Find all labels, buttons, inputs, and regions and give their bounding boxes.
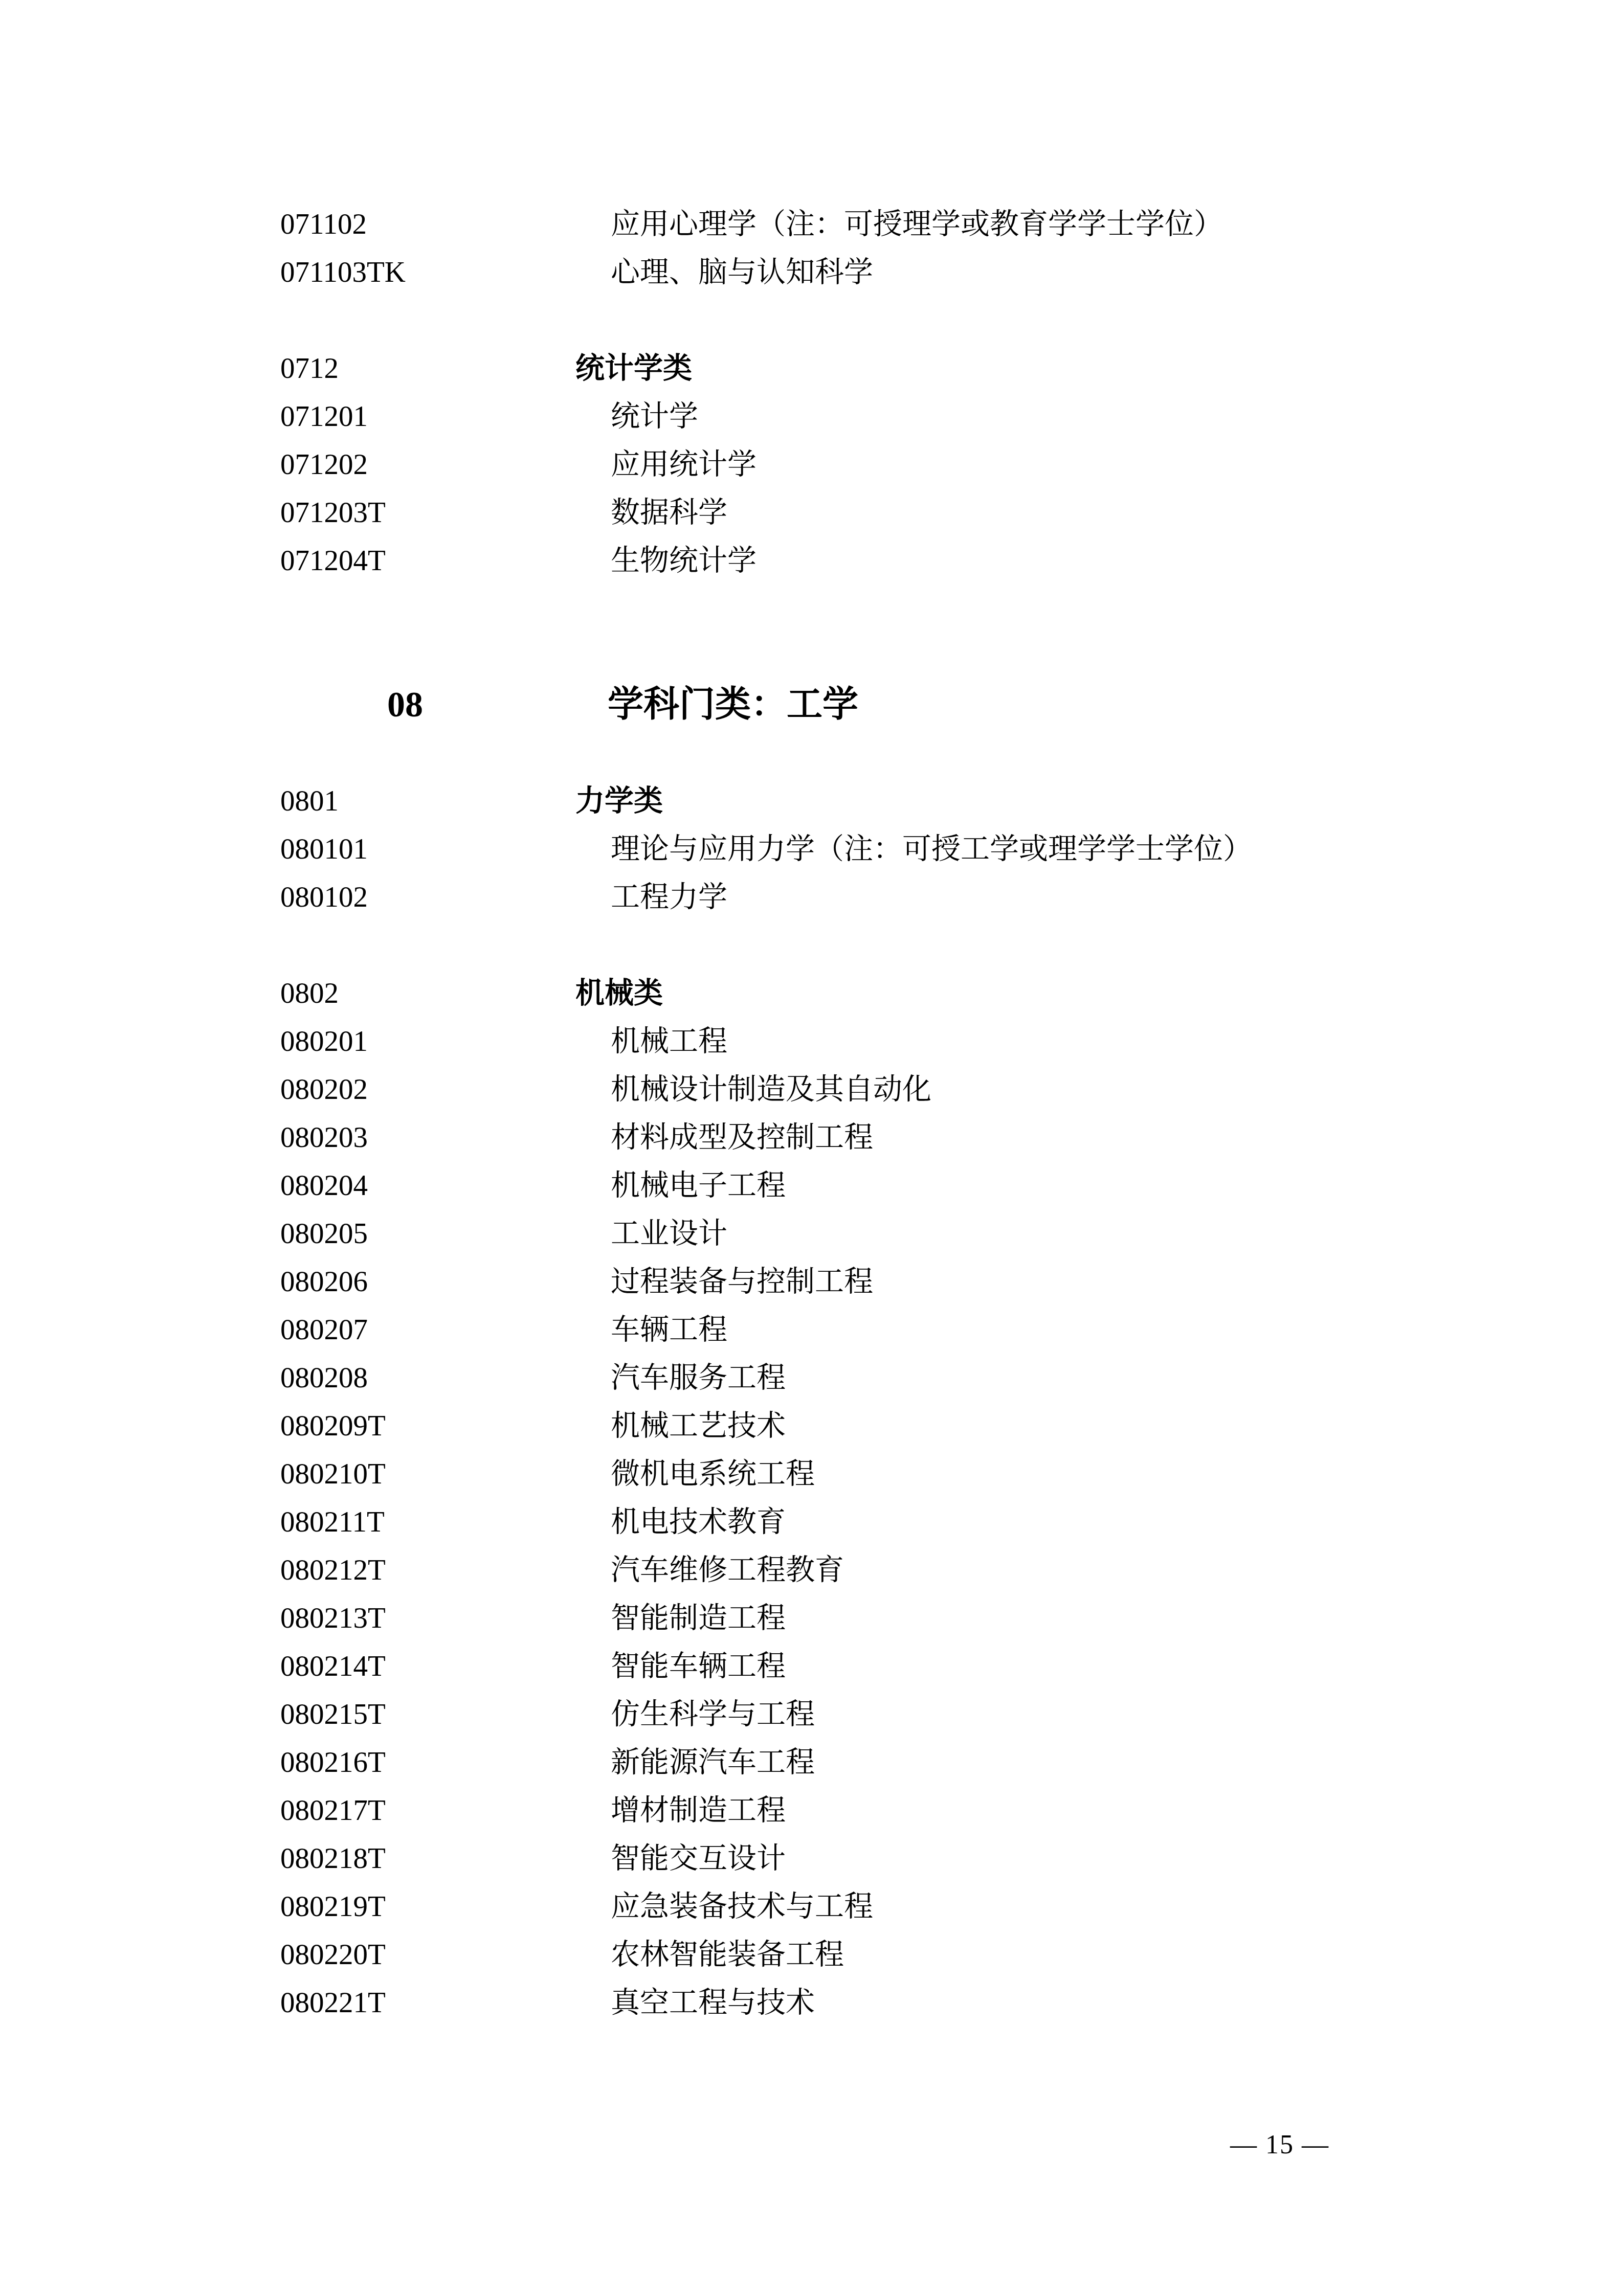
row-code: 080213T <box>280 1594 575 1642</box>
catalog-row: 0802机械类 <box>280 970 1252 1018</box>
catalog-row: 080203材料成型及控制工程 <box>280 1114 1252 1162</box>
catalog-row: 080219T应急装备技术与工程 <box>280 1883 1252 1931</box>
class-group: 0801力学类080101理论与应用力学（注：可授工学或理学学士学位）08010… <box>280 777 1252 921</box>
catalog-row: 080210T微机电系统工程 <box>280 1450 1252 1498</box>
catalog-row: 080201机械工程 <box>280 1018 1252 1066</box>
row-code: 080218T <box>280 1835 575 1883</box>
row-code: 080221T <box>280 1979 575 2027</box>
row-name: 应用统计学 <box>575 441 757 489</box>
row-code: 080101 <box>280 825 575 873</box>
catalog-row: 080221T真空工程与技术 <box>280 1979 1252 2027</box>
row-code: 080210T <box>280 1450 575 1498</box>
catalog-row: 080214T智能车辆工程 <box>280 1642 1252 1691</box>
row-name: 汽车维修工程教育 <box>575 1546 844 1594</box>
row-name: 新能源汽车工程 <box>575 1739 815 1787</box>
catalog-row: 080218T智能交互设计 <box>280 1835 1252 1883</box>
catalog-row: 080101理论与应用力学（注：可授工学或理学学士学位） <box>280 825 1252 873</box>
row-code: 080217T <box>280 1787 575 1835</box>
row-name: 数据科学 <box>575 489 727 537</box>
catalog-row: 080202机械设计制造及其自动化 <box>280 1066 1252 1114</box>
row-name: 智能交互设计 <box>575 1835 786 1883</box>
catalog-row: 080213T智能制造工程 <box>280 1594 1252 1642</box>
row-name: 真空工程与技术 <box>575 1979 815 2027</box>
row-name: 机械工艺技术 <box>575 1402 786 1450</box>
catalog-row: 080207车辆工程 <box>280 1306 1252 1354</box>
row-name: 统计学 <box>575 393 698 441</box>
row-name: 应急装备技术与工程 <box>575 1883 873 1931</box>
row-name: 理论与应用力学（注：可授工学或理学学士学位） <box>575 825 1252 873</box>
catalog-row: 080212T汽车维修工程教育 <box>280 1546 1252 1594</box>
row-name: 增材制造工程 <box>575 1787 786 1835</box>
row-code: 071103TK <box>280 249 575 297</box>
catalog-row: 080217T增材制造工程 <box>280 1787 1252 1835</box>
row-code: 080207 <box>280 1306 575 1354</box>
page-number: — 15 — <box>1230 2130 1329 2159</box>
catalog-row: 080204机械电子工程 <box>280 1162 1252 1210</box>
catalog-row: 080211T机电技术教育 <box>280 1498 1252 1546</box>
row-name: 工业设计 <box>575 1210 727 1258</box>
row-code: 080205 <box>280 1210 575 1258</box>
discipline-catalog: 071102应用心理学（注：可授理学或教育学学士学位）071103TK心理、脑与… <box>280 200 1252 2027</box>
row-code: 080204 <box>280 1162 575 1210</box>
row-name: 智能车辆工程 <box>575 1642 786 1691</box>
row-code: 080215T <box>280 1691 575 1739</box>
row-name: 过程装备与控制工程 <box>575 1258 873 1306</box>
catalog-row: 080205工业设计 <box>280 1210 1252 1258</box>
row-code: 080209T <box>280 1402 575 1450</box>
catalog-row: 08学科门类：工学 <box>280 681 1252 729</box>
catalog-row: 0712统计学类 <box>280 345 1252 393</box>
row-code: 080216T <box>280 1739 575 1787</box>
document-page: 071102应用心理学（注：可授理学或教育学学士学位）071103TK心理、脑与… <box>0 0 1624 2296</box>
row-code: 071202 <box>280 441 575 489</box>
row-code: 080208 <box>280 1354 575 1402</box>
row-name: 机械电子工程 <box>575 1162 786 1210</box>
catalog-row: 071204T生物统计学 <box>280 537 1252 585</box>
row-name: 机械类 <box>575 970 663 1018</box>
row-name: 统计学类 <box>575 345 692 393</box>
catalog-row: 071203T数据科学 <box>280 489 1252 537</box>
row-code: 080219T <box>280 1883 575 1931</box>
row-name: 车辆工程 <box>575 1306 727 1354</box>
catalog-row: 071201统计学 <box>280 393 1252 441</box>
row-name: 仿生科学与工程 <box>575 1691 815 1739</box>
page-footer: — 15 — <box>1230 2125 1329 2166</box>
row-name: 农林智能装备工程 <box>575 1931 844 1979</box>
row-code: 080206 <box>280 1258 575 1306</box>
row-code: 071201 <box>280 393 575 441</box>
row-name: 机械工程 <box>575 1018 727 1066</box>
row-name: 汽车服务工程 <box>575 1354 786 1402</box>
row-code: 080102 <box>280 873 575 921</box>
row-name: 应用心理学（注：可授理学或教育学学士学位） <box>575 200 1223 249</box>
row-name: 力学类 <box>575 777 663 825</box>
row-name: 机电技术教育 <box>575 1498 786 1546</box>
catalog-row: 071103TK心理、脑与认知科学 <box>280 249 1252 297</box>
row-code: 080212T <box>280 1546 575 1594</box>
row-code: 080214T <box>280 1642 575 1691</box>
catalog-row: 080216T新能源汽车工程 <box>280 1739 1252 1787</box>
entries-group: 071102应用心理学（注：可授理学或教育学学士学位）071103TK心理、脑与… <box>280 200 1252 297</box>
catalog-row: 071202应用统计学 <box>280 441 1252 489</box>
row-code: 080211T <box>280 1498 575 1546</box>
row-name: 工程力学 <box>575 873 727 921</box>
catalog-row: 080206过程装备与控制工程 <box>280 1258 1252 1306</box>
catalog-row: 080102工程力学 <box>280 873 1252 921</box>
row-name: 智能制造工程 <box>575 1594 786 1642</box>
row-name: 材料成型及控制工程 <box>575 1114 873 1162</box>
row-name: 学科门类：工学 <box>575 681 858 729</box>
row-code: 080202 <box>280 1066 575 1114</box>
catalog-row: 071102应用心理学（注：可授理学或教育学学士学位） <box>280 200 1252 249</box>
catalog-row: 080208汽车服务工程 <box>280 1354 1252 1402</box>
division-group: 08学科门类：工学 <box>280 681 1252 729</box>
row-code: 08 <box>280 681 575 729</box>
class-group: 0802机械类080201机械工程080202机械设计制造及其自动化080203… <box>280 970 1252 2027</box>
catalog-row: 0801力学类 <box>280 777 1252 825</box>
catalog-row: 080209T机械工艺技术 <box>280 1402 1252 1450</box>
catalog-row: 080220T农林智能装备工程 <box>280 1931 1252 1979</box>
row-name: 生物统计学 <box>575 537 757 585</box>
row-code: 071102 <box>280 200 575 249</box>
row-code: 080203 <box>280 1114 575 1162</box>
class-group: 0712统计学类071201统计学071202应用统计学071203T数据科学0… <box>280 345 1252 585</box>
row-code: 0801 <box>280 777 575 825</box>
row-code: 071203T <box>280 489 575 537</box>
row-code: 080201 <box>280 1018 575 1066</box>
catalog-row: 080215T仿生科学与工程 <box>280 1691 1252 1739</box>
row-code: 071204T <box>280 537 575 585</box>
row-code: 0802 <box>280 970 575 1018</box>
row-code: 0712 <box>280 345 575 393</box>
row-name: 微机电系统工程 <box>575 1450 815 1498</box>
row-name: 机械设计制造及其自动化 <box>575 1066 931 1114</box>
row-name: 心理、脑与认知科学 <box>575 249 873 297</box>
row-code: 080220T <box>280 1931 575 1979</box>
